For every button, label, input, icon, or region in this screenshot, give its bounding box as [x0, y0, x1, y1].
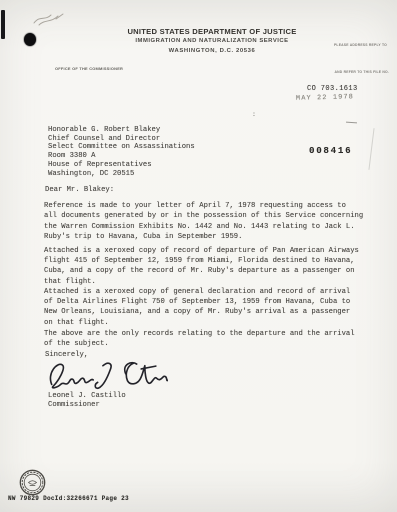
ink-blot [24, 33, 36, 46]
letterhead-service: IMMIGRATION AND NATURALIZATION SERVICE [112, 38, 312, 44]
scan-speck: : [252, 111, 256, 118]
control-number-stamp: 008416 [309, 145, 352, 156]
file-number-stamp: CO 703.1613 [307, 85, 358, 93]
letterhead-agency: UNITED STATES DEPARTMENT OF JUSTICE [112, 27, 312, 36]
archivist-seal-stamp [19, 469, 46, 496]
letterhead-office-line: OFFICE OF THE COMMISSIONER [55, 66, 123, 71]
received-date-stamp: MAY 22 1978 [296, 93, 354, 103]
body-paragraph: Reference is made to your letter of Apri… [44, 201, 380, 243]
scan-edge-artifact [1, 10, 5, 39]
letterhead-reply-note: PLEASE ADDRESS REPLY TO [334, 43, 387, 47]
salutation: Dear Mr. Blakey: [45, 186, 114, 194]
closing-line: Sincerely, [45, 351, 88, 359]
scan-speck-dash [346, 122, 357, 124]
body-paragraph: Attached is a xeroxed copy of general de… [44, 287, 380, 329]
recipient-address: Honorable G. Robert Blakey Chief Counsel… [48, 126, 195, 178]
archive-reference-line: NW 79829 DocId:32266671 Page 23 [8, 495, 129, 502]
signer-typed-name: Leonel J. Castillo [48, 392, 126, 400]
letterhead-city: WASHINGTON, D.C. 20536 [112, 48, 312, 54]
scanned-letter-page: : UNITED STATES DEPARTMENT OF JUSTICE IM… [0, 0, 397, 512]
paper-crease [368, 128, 374, 170]
body-paragraph: Attached is a xeroxed copy of record of … [44, 246, 380, 288]
pencil-mark [32, 11, 66, 27]
signer-title: Commissioner [48, 401, 100, 409]
letterhead-file-note: AND REFER TO THIS FILE NO. [335, 70, 390, 74]
body-paragraph: The above are the only records relating … [44, 329, 380, 350]
signature-handwriting [46, 359, 168, 396]
